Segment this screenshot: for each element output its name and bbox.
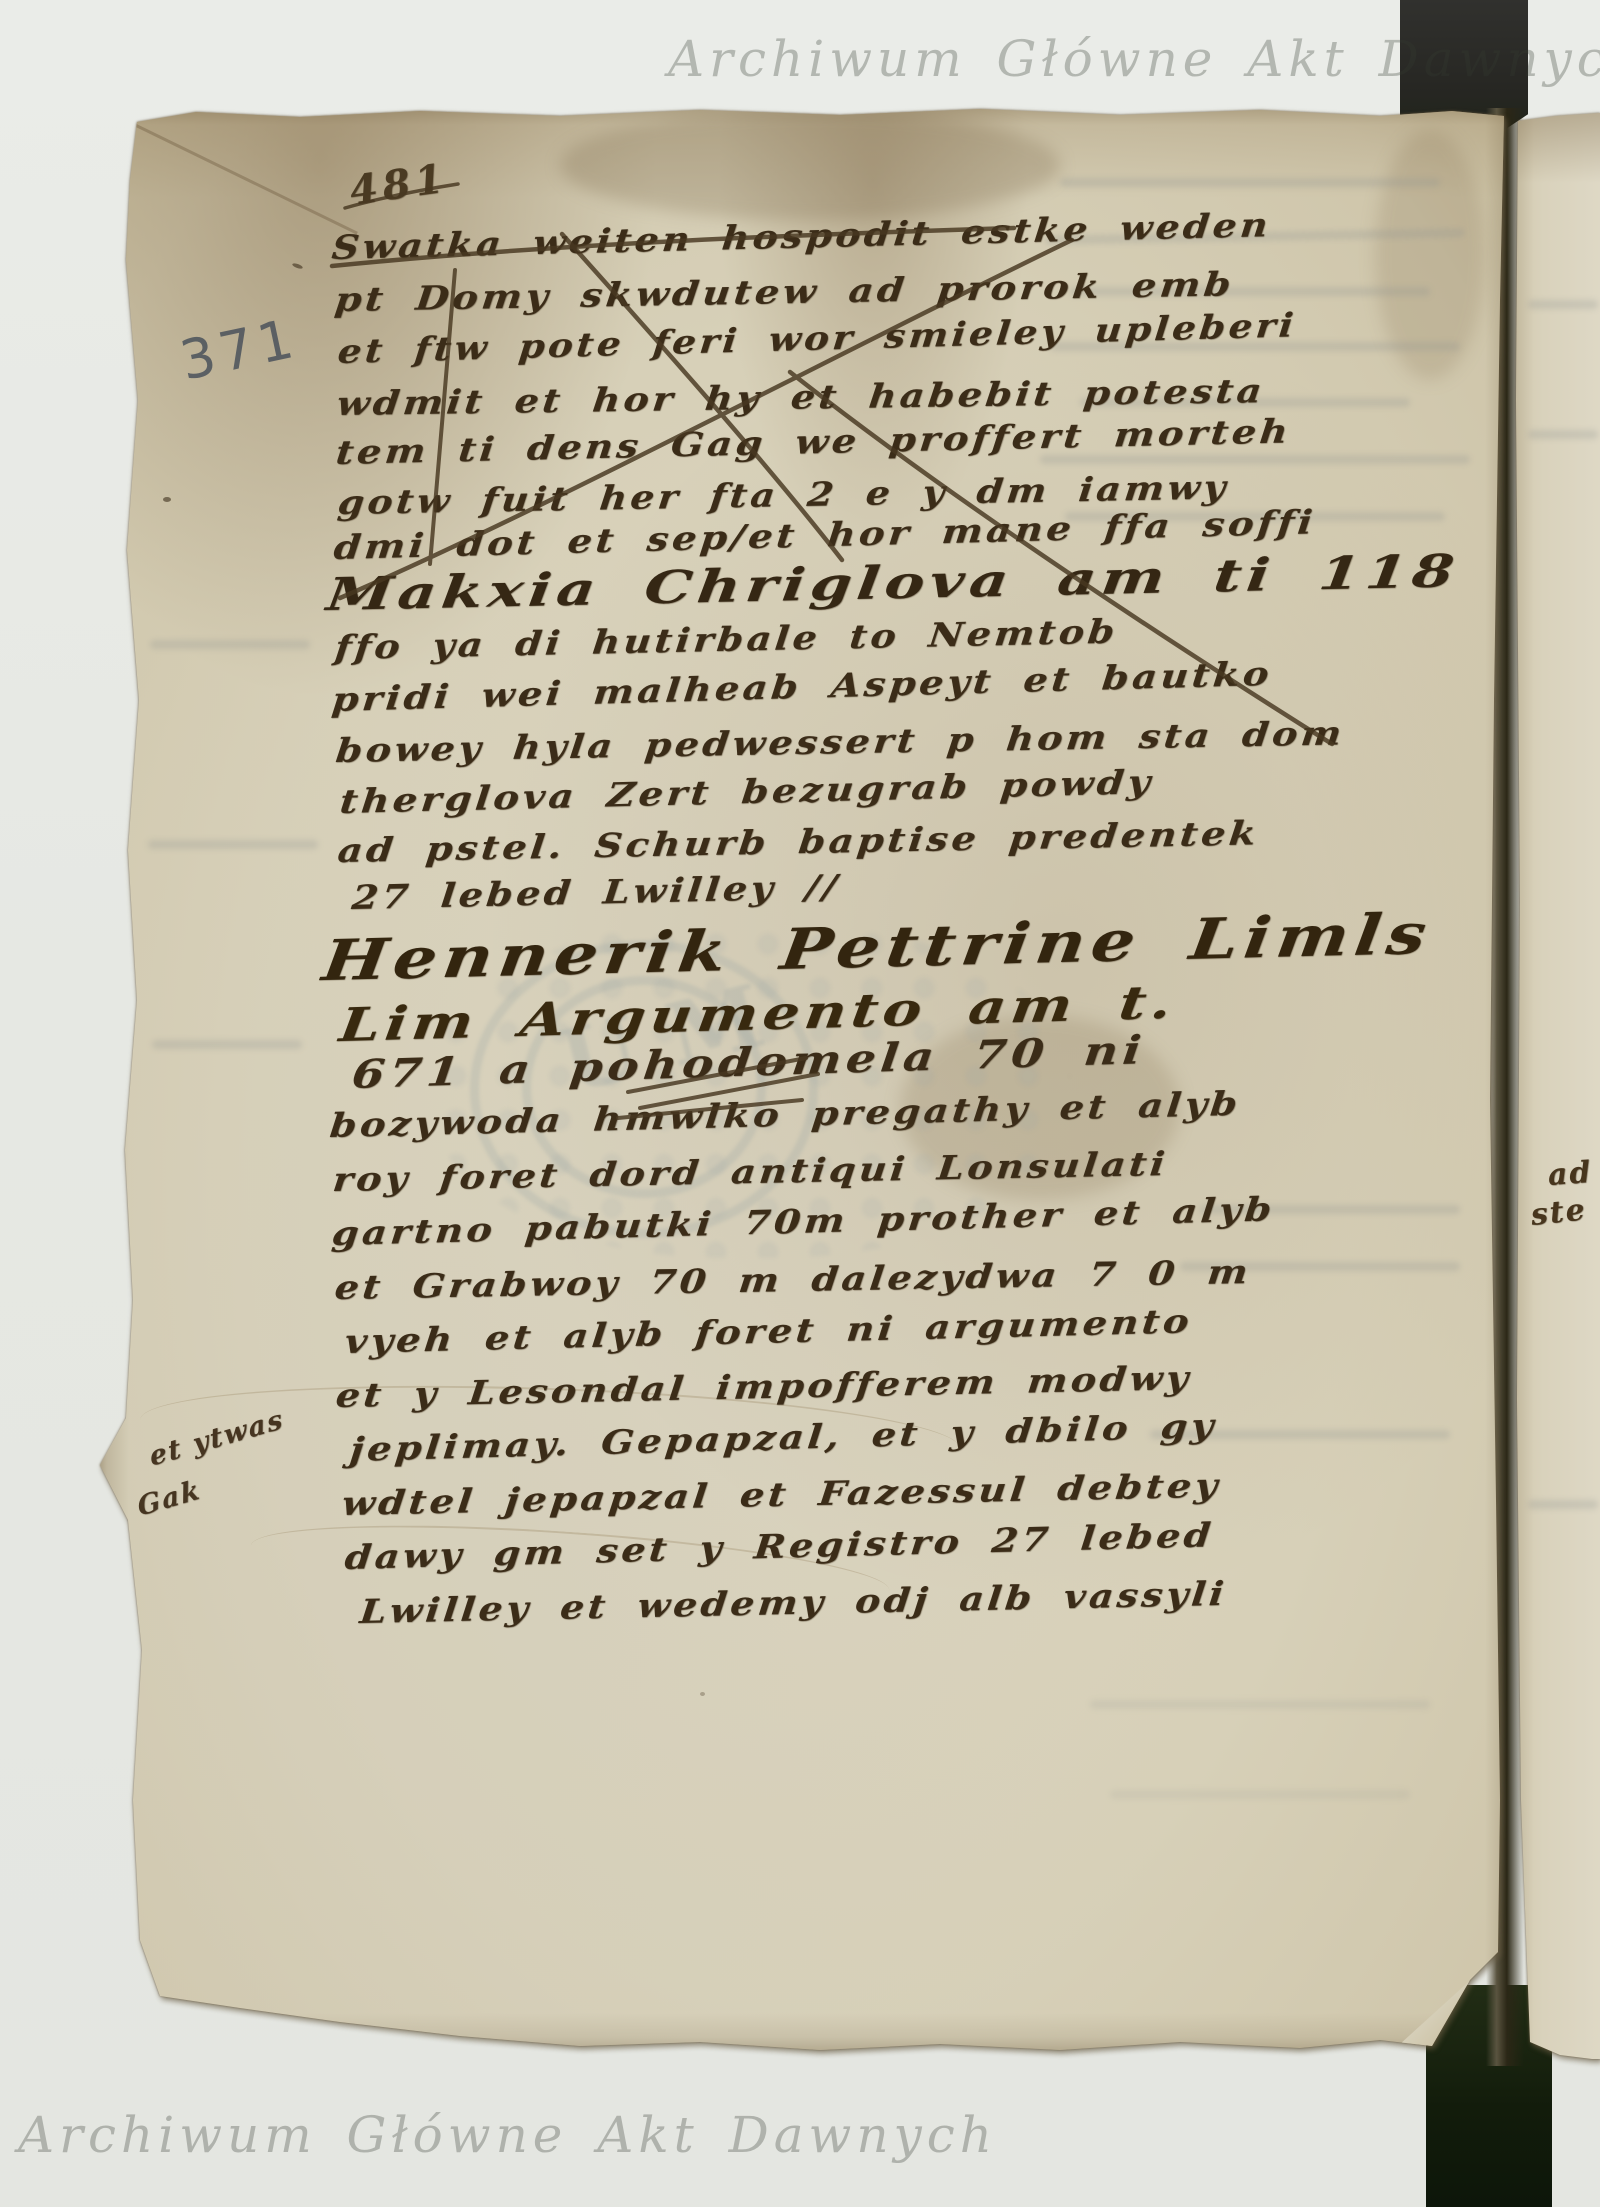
bleed-through-line xyxy=(150,640,310,649)
manuscript-line: ffo ya di hutirbale to Nemtob xyxy=(333,612,1120,667)
bleed-through-line xyxy=(1060,178,1440,187)
bleed-through-line xyxy=(1528,1500,1598,1509)
ink-speck xyxy=(700,1692,705,1696)
margin-note-line: Gak xyxy=(135,1474,203,1523)
bleed-through-line xyxy=(1528,300,1598,309)
corner-fold xyxy=(1398,1946,1508,2050)
adjacent-page-fragment: ad xyxy=(1547,1155,1594,1193)
bleed-through-line xyxy=(152,1040,302,1049)
corner-crease xyxy=(127,120,358,234)
entry-heading: Hennerik Pettrine Limls xyxy=(319,901,1436,994)
folio-group: ad ste UM xyxy=(0,0,1600,2207)
manuscript-line: ad pstel. Schurb baptise predentek xyxy=(336,813,1261,870)
bleed-through-line xyxy=(1528,430,1598,439)
manuscript-line: therglova Zert bezugrab powdy xyxy=(338,762,1155,821)
manuscript-line: 27 lebed Lwilley // xyxy=(350,867,842,917)
archive-watermark-bottom: Archiwum Główne Akt Dawnych xyxy=(18,2106,997,2164)
folio-number-pencil: 371 xyxy=(175,306,304,392)
paper-stain xyxy=(560,110,1060,220)
ink-speck xyxy=(292,262,304,270)
bleed-through-line xyxy=(148,840,318,849)
archive-scan: ad ste UM xyxy=(0,0,1600,2207)
folio-number-ink: 481 xyxy=(347,155,451,215)
bleed-through-line xyxy=(1040,455,1470,464)
bleed-through-line xyxy=(1110,1790,1410,1799)
adjacent-page-fragment: ste xyxy=(1529,1192,1588,1233)
bleed-through-line xyxy=(1090,1700,1430,1709)
manuscript-page: UM 481 371 Swatka weiten hospodi xyxy=(0,0,1600,2207)
archive-watermark-top: Archiwum Główne Akt Dawnych xyxy=(668,30,1600,88)
manuscript-line: vyeh et alyb foret ni argumento xyxy=(343,1301,1194,1361)
ink-speck xyxy=(163,497,171,502)
manuscript-line: et Grabwoy 70 m dalezydwa 7 0 m xyxy=(333,1252,1253,1307)
manuscript-line: bowey hyla pedwessert p hom sta dom xyxy=(334,713,1347,770)
